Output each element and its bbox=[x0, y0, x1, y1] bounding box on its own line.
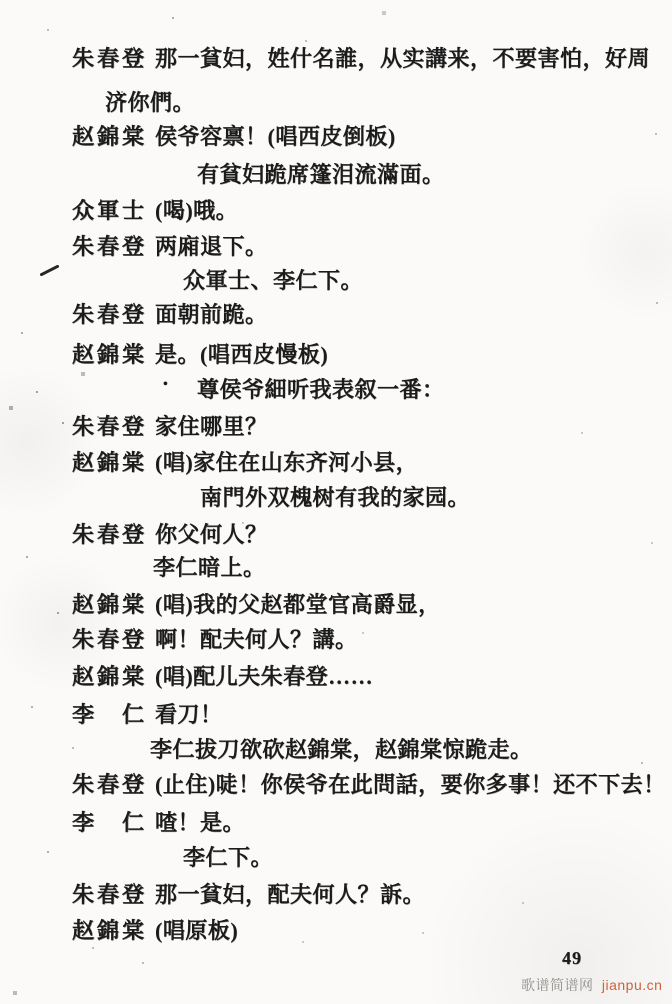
page-number: 49 bbox=[562, 948, 582, 969]
speaker-name: 赵錦棠 bbox=[72, 660, 147, 691]
scanned-script-page: 朱春登 那一貧妇，姓什名誰，从实講来，不要害怕，好周 济你們。 赵錦棠 侯爷容禀… bbox=[0, 0, 672, 1004]
script-line: 李仁暗上。 bbox=[0, 551, 672, 577]
line-text: 众軍士、李仁下。 bbox=[183, 264, 363, 295]
script-line: 朱春登 面朝前跪。 bbox=[0, 298, 672, 324]
line-text: (唱)我的父赵都堂官高爵显， bbox=[155, 588, 441, 619]
speaker-name: 朱春登 bbox=[72, 298, 147, 329]
line-text: (唱)配儿夫朱春登…… bbox=[155, 660, 373, 691]
line-text: 李仁下。 bbox=[183, 841, 273, 872]
script-line: 李仁拔刀欲砍赵錦棠，赵錦棠惊跪走。 bbox=[0, 733, 672, 759]
speaker-name: 朱春登 bbox=[72, 518, 147, 549]
script-line: 南門外双槐树有我的家园。 bbox=[0, 481, 672, 507]
script-line: 众軍士、李仁下。 bbox=[0, 264, 672, 290]
script-line: 赵錦棠 (唱)家住在山东齐河小县， bbox=[0, 446, 672, 472]
line-text: (唱原板) bbox=[155, 914, 238, 945]
speaker-name: 赵錦棠 bbox=[72, 914, 147, 945]
speaker-name: 朱春登 bbox=[72, 878, 147, 909]
line-text: 南門外双槐树有我的家园。 bbox=[200, 481, 470, 512]
line-text: 那一貧妇，配夫何人？訴。 bbox=[155, 878, 425, 909]
script-line: 朱春登 (止住)唗！你侯爷在此問話，要你多事！还不下去！ bbox=[0, 768, 672, 794]
script-line: 朱春登 那一貧妇，姓什名誰，从实講来，不要害怕，好周 bbox=[0, 42, 672, 68]
script-line: 朱春登 两廂退下。 bbox=[0, 230, 672, 256]
script-line: 赵錦棠 (唱)我的父赵都堂官高爵显， bbox=[0, 588, 672, 614]
speaker-name: 朱春登 bbox=[72, 768, 147, 799]
speaker-name: 赵錦棠 bbox=[72, 588, 147, 619]
script-line: 李 仁 看刀！ bbox=[0, 698, 672, 724]
script-line: • 尊侯爷細听我表叙一番： bbox=[0, 373, 672, 399]
script-line: 朱春登 家住哪里？ bbox=[0, 410, 672, 436]
line-text: 家住哪里？ bbox=[155, 410, 268, 441]
speaker-name: 朱春登 bbox=[72, 230, 147, 261]
watermark: 歌谱简谱网 jianpu.cn bbox=[521, 975, 662, 995]
line-text: 看刀！ bbox=[155, 698, 223, 729]
watermark-site-name: 歌谱简谱网 bbox=[521, 977, 594, 993]
line-text: (喝)哦。 bbox=[155, 194, 238, 225]
script-line: 济你們。 bbox=[0, 86, 672, 112]
script-line: 朱春登 你父何人？ bbox=[0, 518, 672, 544]
line-text: (唱)家住在山东齐河小县， bbox=[155, 446, 418, 477]
speaker-name: 众軍士 bbox=[72, 194, 147, 225]
line-text: 李仁拔刀欲砍赵錦棠，赵錦棠惊跪走。 bbox=[150, 733, 533, 764]
script-line: 赵錦棠 侯爷容禀！(唱西皮倒板) bbox=[0, 120, 672, 146]
speaker-name: 赵錦棠 bbox=[72, 338, 147, 369]
line-text: 尊侯爷細听我表叙一番： bbox=[197, 373, 445, 404]
speaker-name: 朱春登 bbox=[72, 42, 147, 73]
line-text: (止住)唗！你侯爷在此問話，要你多事！还不下去！ bbox=[155, 768, 666, 799]
speaker-name: 李 仁 bbox=[72, 806, 147, 837]
speaker-name: 赵錦棠 bbox=[72, 446, 147, 477]
script-line: 众軍士 (喝)哦。 bbox=[0, 194, 672, 220]
line-text: 有貧妇跪席篷泪流滿面。 bbox=[197, 158, 445, 189]
line-text: 是。(唱西皮慢板) bbox=[155, 338, 328, 369]
scan-noise-specks bbox=[0, 0, 2, 2]
line-text: 侯爷容禀！(唱西皮倒板) bbox=[155, 120, 396, 151]
line-text: 济你們。 bbox=[105, 86, 195, 117]
watermark-site-url: jianpu.cn bbox=[602, 977, 663, 993]
speaker-name: 李 仁 bbox=[72, 698, 147, 729]
speaker-name: 朱春登 bbox=[72, 623, 147, 654]
line-text: 喳！是。 bbox=[155, 806, 245, 837]
script-line: 赵錦棠 (唱)配儿夫朱春登…… bbox=[0, 660, 672, 686]
line-text: 面朝前跪。 bbox=[155, 298, 268, 329]
script-line: 朱春登 啊！配夫何人？講。 bbox=[0, 623, 672, 649]
line-text: 那一貧妇，姓什名誰，从实講来，不要害怕，好周 bbox=[155, 42, 650, 73]
script-line: 赵錦棠 (唱原板) bbox=[0, 914, 672, 940]
line-text: 李仁暗上。 bbox=[153, 551, 266, 582]
script-line: 李仁下。 bbox=[0, 841, 672, 867]
speaker-name: 赵錦棠 bbox=[72, 120, 147, 151]
line-text: 两廂退下。 bbox=[155, 230, 268, 261]
speaker-name: 朱春登 bbox=[72, 410, 147, 441]
script-line: 朱春登 那一貧妇，配夫何人？訴。 bbox=[0, 878, 672, 904]
line-text: 你父何人？ bbox=[155, 518, 268, 549]
script-line: 李 仁 喳！是。 bbox=[0, 806, 672, 832]
bullet-dot: • bbox=[163, 377, 168, 393]
script-line: 有貧妇跪席篷泪流滿面。 bbox=[0, 158, 672, 184]
script-line: 赵錦棠 是。(唱西皮慢板) bbox=[0, 338, 672, 364]
line-text: 啊！配夫何人？講。 bbox=[155, 623, 358, 654]
